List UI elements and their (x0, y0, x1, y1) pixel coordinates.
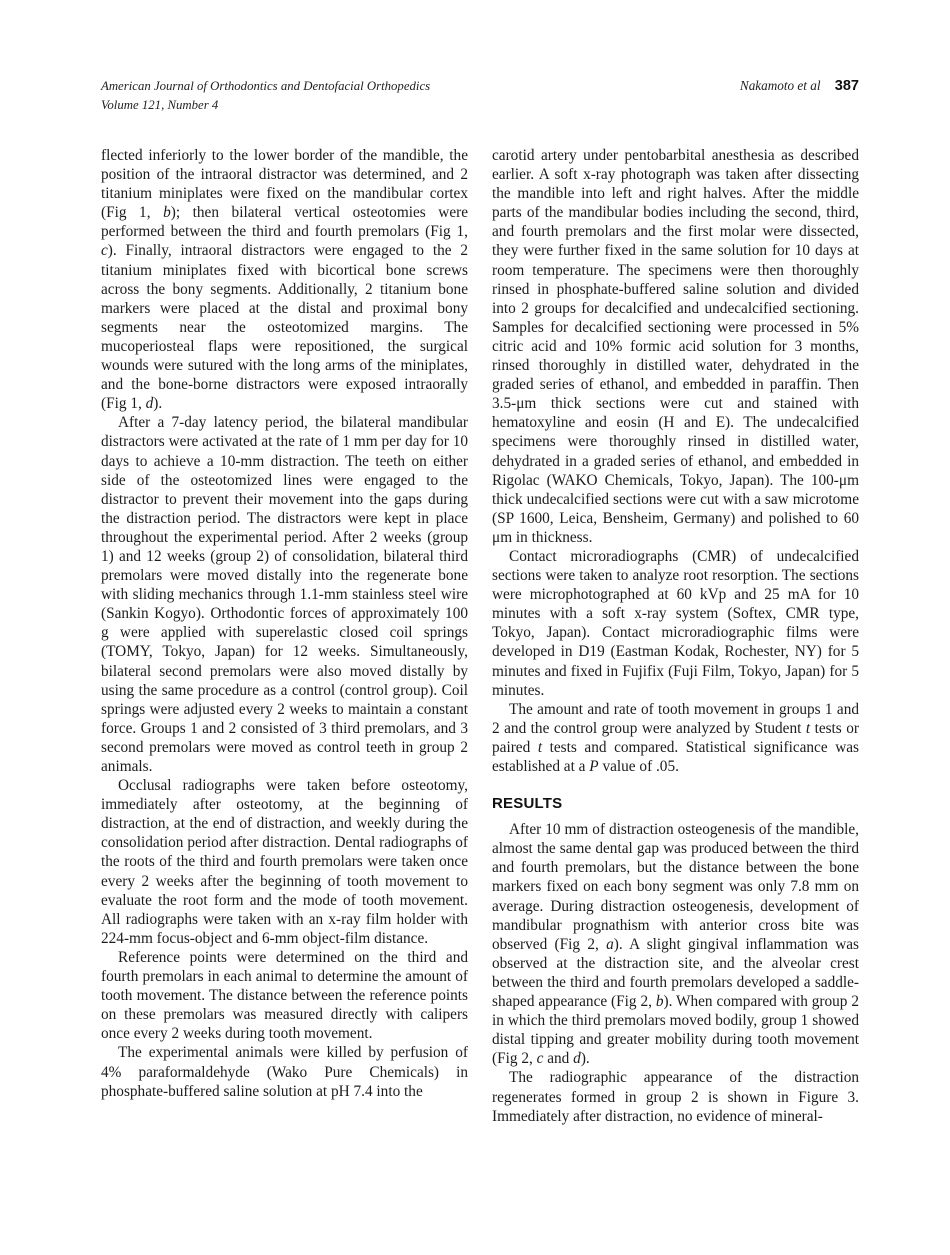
text-segment: Reference points were determined on the … (101, 949, 468, 1042)
journal-volume-issue: Volume 121, Number 4 (101, 96, 430, 115)
text-segment: The amount and rate of tooth movement in… (492, 701, 859, 737)
left-column: flected inferiorly to the lower border o… (101, 146, 468, 1126)
paragraph: carotid artery under pentobarbital anest… (492, 146, 859, 547)
text-segment: After 10 mm of distraction osteogenesis … (492, 821, 859, 953)
text-segment: b (163, 204, 171, 221)
text-segment: b (656, 993, 664, 1010)
journal-page: American Journal of Orthodontics and Den… (0, 0, 950, 1255)
paragraph: The amount and rate of tooth movement in… (492, 700, 859, 776)
text-segment: a (606, 936, 614, 953)
text-segment: c (101, 242, 108, 259)
text-segment: Contact microradiographs (CMR) of undeca… (492, 548, 859, 699)
text-segment: ). Finally, intraoral distractors were e… (101, 242, 468, 412)
section-heading: RESULTS (492, 794, 859, 813)
text-segment: ). (581, 1050, 590, 1067)
paragraph: After a 7-day latency period, the bilate… (101, 413, 468, 776)
text-segment: ). (153, 395, 162, 412)
text-segment: value of .05. (599, 758, 679, 775)
running-head-right: Nakamoto et al 387 (740, 77, 859, 94)
journal-info: American Journal of Orthodontics and Den… (101, 77, 430, 115)
text-segment: Occlusal radiographs were taken before o… (101, 777, 468, 947)
paragraph: flected inferiorly to the lower border o… (101, 146, 468, 413)
running-header: American Journal of Orthodontics and Den… (101, 77, 859, 115)
text-segment: The experimental animals were killed by … (101, 1044, 468, 1099)
paragraph: The radiographic appearance of the distr… (492, 1068, 859, 1125)
journal-title: American Journal of Orthodontics and Den… (101, 77, 430, 96)
text-segment: The radiographic appearance of the distr… (492, 1069, 859, 1124)
text-segment: d (573, 1050, 581, 1067)
paragraph: Occlusal radiographs were taken before o… (101, 776, 468, 948)
page-number: 387 (835, 78, 859, 94)
right-column: carotid artery under pentobarbital anest… (492, 146, 859, 1126)
text-segment: P (589, 758, 598, 775)
text-segment: carotid artery under pentobarbital anest… (492, 147, 859, 546)
paragraph: After 10 mm of distraction osteogenesis … (492, 820, 859, 1068)
paragraph: The experimental animals were killed by … (101, 1043, 468, 1100)
running-authors: Nakamoto et al (740, 78, 821, 93)
text-segment: and (543, 1050, 573, 1067)
paragraph: Contact microradiographs (CMR) of undeca… (492, 547, 859, 700)
article-body: flected inferiorly to the lower border o… (101, 146, 859, 1126)
text-segment: After a 7-day latency period, the bilate… (101, 414, 468, 775)
paragraph: Reference points were determined on the … (101, 948, 468, 1043)
